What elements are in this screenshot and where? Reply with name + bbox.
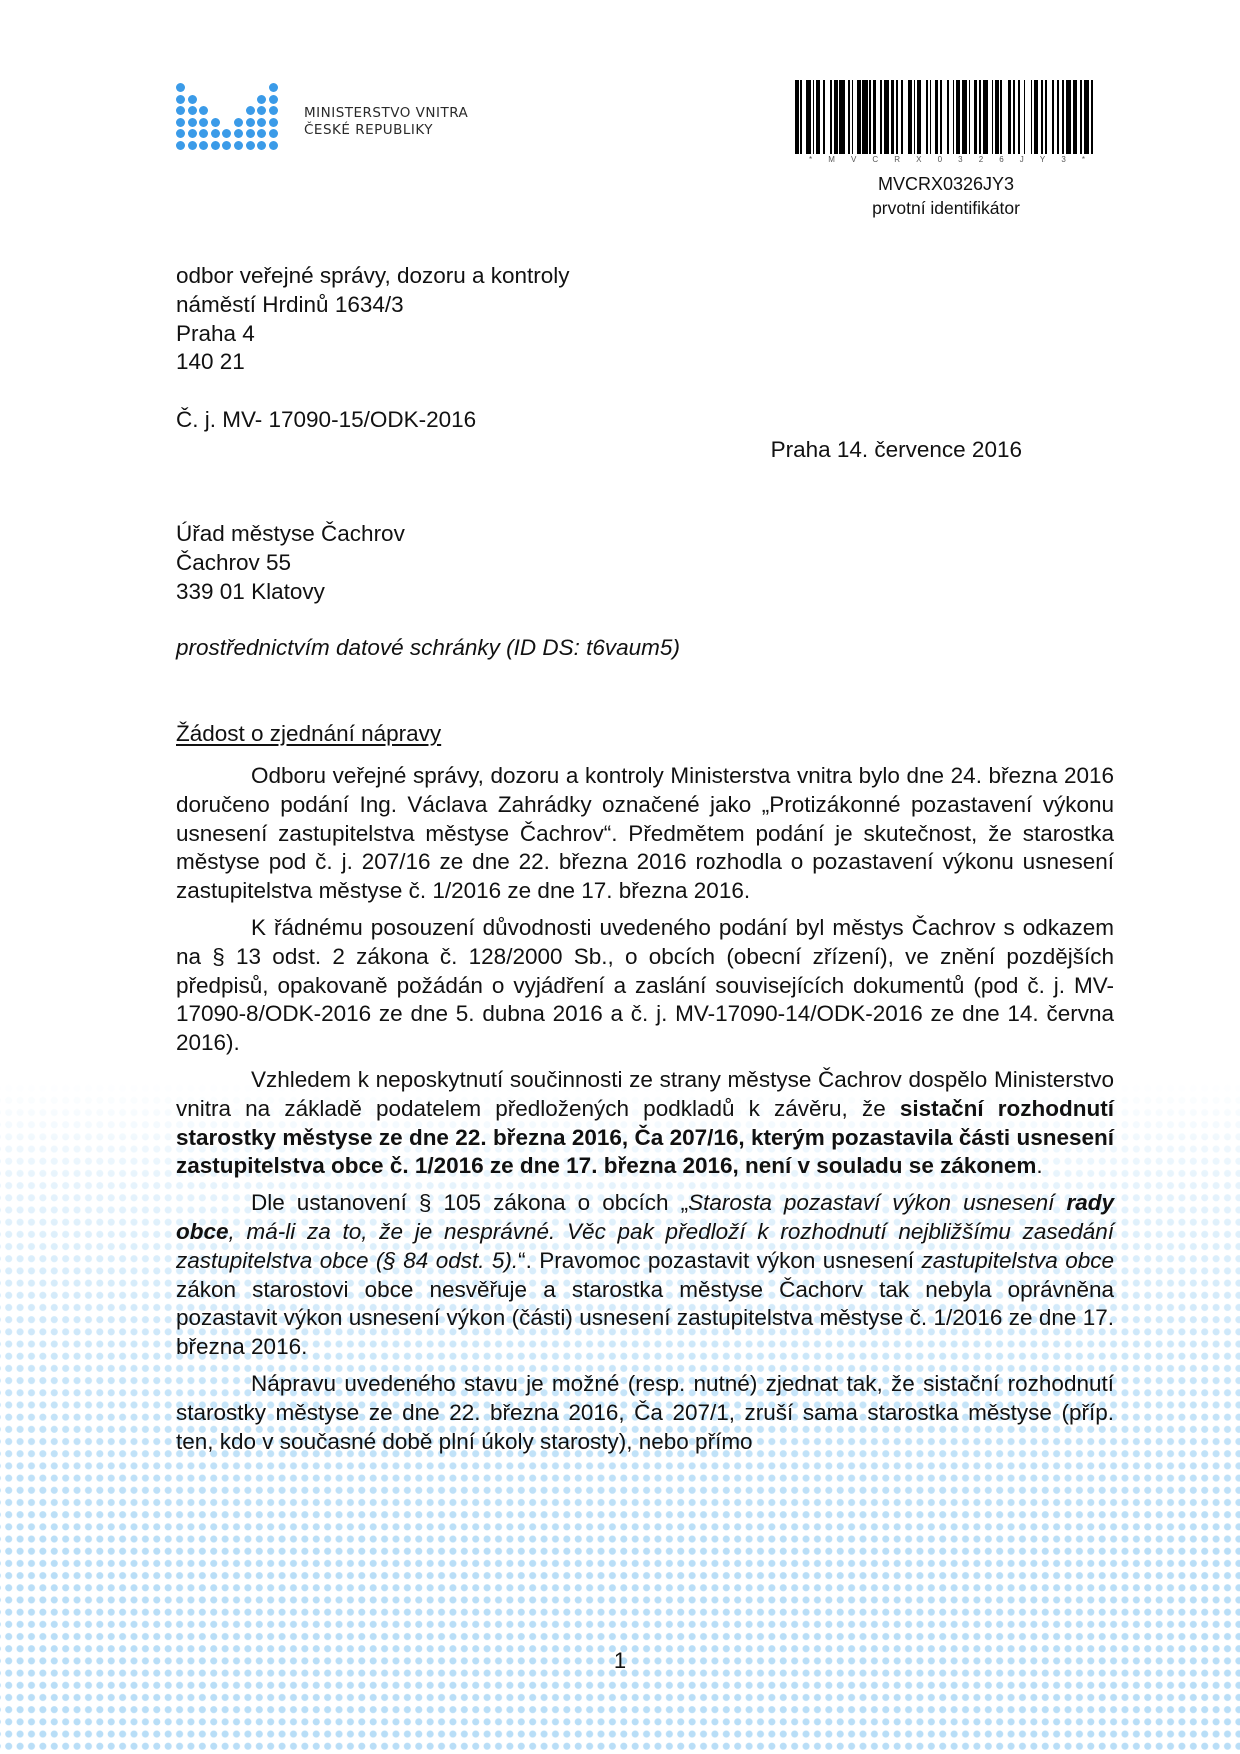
text-run: Nápravu uvedeného stavu je možné (resp. … [176, 1371, 1114, 1454]
barcode: *MVCRX0326JY3* [795, 80, 1097, 164]
text-run: “. Pravomoc pozastavit výkon usnesení [518, 1248, 921, 1273]
logo-text: MINISTERSTVO VNITRA ČESKÉ REPUBLIKY [304, 105, 468, 139]
barcode-char: J [1020, 155, 1024, 164]
barcode-char: * [1082, 155, 1085, 164]
letter-date: Praha 14. července 2016 [771, 436, 1022, 465]
logo-line-2: ČESKÉ REPUBLIKY [304, 122, 468, 139]
page-number: 1 [0, 1648, 1240, 1674]
document-identifier: MVCRX0326JY3 prvotní identifikátor [795, 172, 1097, 220]
text-run: . [1036, 1153, 1042, 1178]
ministry-dot-m-logo-icon [176, 73, 280, 153]
barcode-char: 0 [938, 155, 942, 164]
delivery-method: prostřednictvím datové schránky (ID DS: … [176, 634, 680, 663]
recipient-line: Úřad městyse Čachrov [176, 520, 405, 549]
reference-number: Č. j. MV- 17090-15/ODK-2016 [176, 406, 476, 435]
sender-line: 140 21 [176, 348, 570, 377]
text-run: zastupitelstva obce [922, 1248, 1115, 1273]
ministry-logo: MINISTERSTVO VNITRA ČESKÉ REPUBLIKY [176, 73, 468, 153]
identifier-label: prvotní identifikátor [795, 196, 1097, 220]
barcode-char: 3 [958, 155, 962, 164]
letter-subject: Žádost o zjednání nápravy [176, 720, 441, 749]
recipient-address: Úřad městyse Čachrov Čachrov 55 339 01 K… [176, 520, 405, 606]
barcode-char: X [916, 155, 921, 164]
body-paragraph: K řádnému posouzení důvodnosti uvedeného… [176, 914, 1114, 1058]
text-run: Dle ustanovení § 105 zákona o obcích „ [251, 1190, 688, 1215]
barcode-char: * [809, 155, 812, 164]
barcode-char: M [828, 155, 835, 164]
recipient-line: Čachrov 55 [176, 549, 405, 578]
barcode-bars-icon [795, 80, 1097, 154]
sender-address: odbor veřejné správy, dozoru a kontroly … [176, 262, 570, 377]
text-run: Starosta pozastaví výkon usnesení [688, 1190, 1066, 1215]
text-run: K řádnému posouzení důvodnosti uvedeného… [176, 915, 1114, 1055]
logo-line-1: MINISTERSTVO VNITRA [304, 105, 468, 122]
letter-page: MINISTERSTVO VNITRA ČESKÉ REPUBLIKY *MVC… [0, 0, 1240, 1754]
barcode-human-readable: *MVCRX0326JY3* [795, 154, 1097, 164]
sender-line: Praha 4 [176, 320, 570, 349]
body-paragraph: Vzhledem k neposkytnutí součinnosti ze s… [176, 1066, 1114, 1181]
text-run: zákon starostovi obce nesvěřuje a staros… [176, 1277, 1114, 1360]
letter-body: Odboru veřejné správy, dozoru a kontroly… [176, 762, 1114, 1464]
barcode-char: V [851, 155, 856, 164]
barcode-char: C [872, 155, 878, 164]
barcode-char: Y [1040, 155, 1045, 164]
barcode-char: R [894, 155, 900, 164]
identifier-code: MVCRX0326JY3 [795, 172, 1097, 196]
sender-line: náměstí Hrdinů 1634/3 [176, 291, 570, 320]
recipient-line: 339 01 Klatovy [176, 578, 405, 607]
body-paragraph: Nápravu uvedeného stavu je možné (resp. … [176, 1370, 1114, 1456]
text-run: Odboru veřejné správy, dozoru a kontroly… [176, 763, 1114, 903]
sender-line: odbor veřejné správy, dozoru a kontroly [176, 262, 570, 291]
barcode-char: 2 [979, 155, 983, 164]
body-paragraph: Dle ustanovení § 105 zákona o obcích „St… [176, 1189, 1114, 1362]
barcode-char: 3 [1061, 155, 1065, 164]
body-paragraph: Odboru veřejné správy, dozoru a kontroly… [176, 762, 1114, 906]
barcode-char: 6 [999, 155, 1003, 164]
